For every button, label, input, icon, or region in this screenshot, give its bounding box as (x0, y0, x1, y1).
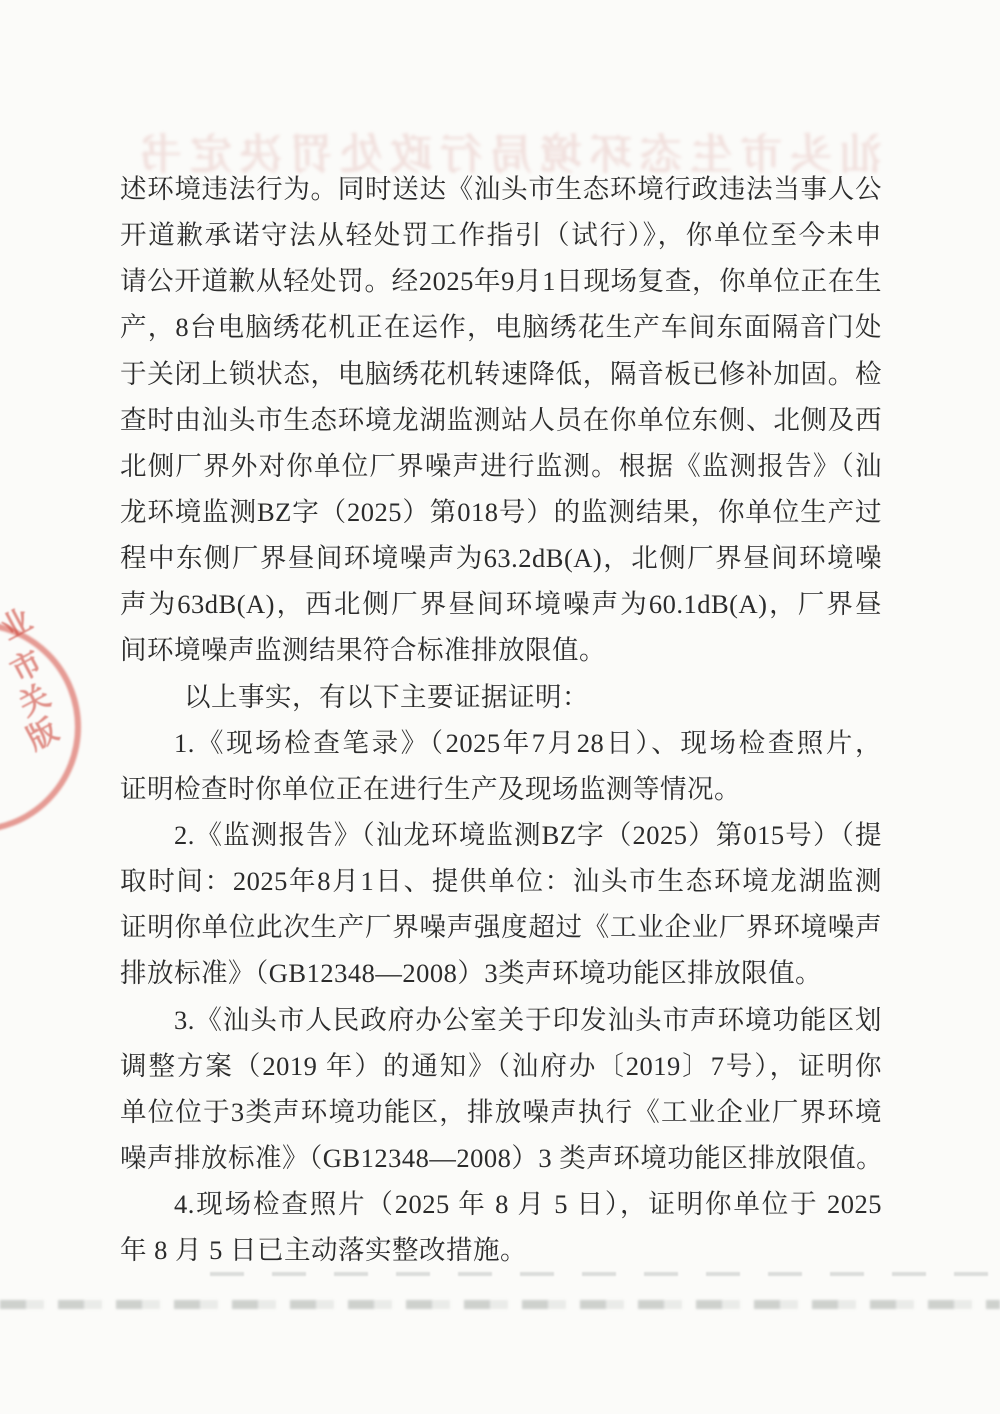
seal-char: 市 (1, 638, 48, 691)
text-line: 1.《现场检查笔录》（2025年7月28日）、现场检查照片， (120, 720, 882, 766)
text-line: 间环境噪声监测结果符合标准排放限值。 (120, 627, 882, 673)
text-line: 4.现场检查照片（2025 年 8 月 5 日），证明你单位于 2025 (120, 1181, 882, 1227)
text-line: 以上事实，有以下主要证据证明： (120, 674, 882, 720)
text-line: 2.《监测报告》（汕龙环境监测BZ字（2025）第015号）（提 (120, 812, 882, 858)
text-line: 程中东侧厂界昼间环境噪声为63.2dB(A)，北侧厂界昼间环境噪 (120, 535, 882, 581)
scan-smudge-top (210, 1272, 1000, 1276)
text-line: 请公开道歉从轻处罚。经2025年9月1日现场复查，你单位正在生 (120, 258, 882, 304)
seal-ring (0, 621, 81, 833)
text-line: 述环境违法行为。同时送达《汕头市生态环境行政违法当事人公 (120, 166, 882, 212)
scanned-document-page: 汕头市生态环境局行政处罚决定书 业市关版 述环境违法行为。同时送达《汕头市生态环… (0, 0, 1000, 1414)
text-line: 查时由汕头市生态环境龙湖监测站人员在你单位东侧、北侧及西 (120, 397, 882, 443)
text-line: 开道歉承诺守法从轻处罚工作指引（试行）》，你单位至今未申 (120, 212, 882, 258)
text-line: 北侧厂界外对你单位厂界噪声进行监测。根据《监测报告》（汕 (120, 443, 882, 489)
seal-char: 版 (17, 706, 64, 759)
document-body: 述环境违法行为。同时送达《汕头市生态环境行政违法当事人公开道歉承诺守法从轻处罚工… (120, 166, 882, 1273)
text-line: 声为63dB(A)，西北侧厂界昼间环境噪声为60.1dB(A)，厂界昼 (120, 581, 882, 627)
text-line: 龙环境监测BZ字（2025）第018号）的监测结果，你单位生产过 (120, 489, 882, 535)
text-line: 调整方案（2019 年）的通知》（汕府办〔2019〕7号），证明你 (120, 1043, 882, 1089)
text-line: 产，8台电脑绣花机正在运作，电脑绣花生产车间东面隔音门处 (120, 304, 882, 350)
scan-smudge-bottom (0, 1300, 1000, 1309)
text-line: 噪声排放标准》（GB12348—2008）3 类声环境功能区排放限值。 (120, 1135, 882, 1181)
text-line: 于关闭上锁状态，电脑绣花机转速降低，隔音板已修补加固。检 (120, 351, 882, 397)
text-line: 证明你单位此次生产厂界噪声强度超过《工业企业厂界环境噪声 (120, 904, 882, 950)
seal-char: 关 (9, 672, 56, 725)
text-line: 单位位于3类声环境功能区，排放噪声执行《工业企业厂界环境 (120, 1089, 882, 1135)
seal-char: 业 (0, 596, 39, 649)
text-line: 3.《汕头市人民政府办公室关于印发汕头市声环境功能区划 (120, 997, 882, 1043)
text-line: 取时间：2025年8月1日、提供单位：汕头市生态环境龙湖监测站）， (120, 858, 882, 904)
text-line: 年 8 月 5 日已主动落实整改措施。 (120, 1227, 882, 1273)
text-line: 排放标准》（GB12348—2008）3类声环境功能区排放限值。 (120, 950, 882, 996)
text-line: 证明检查时你单位正在进行生产及现场监测等情况。 (120, 766, 882, 812)
official-seal: 业市关版 (0, 600, 140, 860)
